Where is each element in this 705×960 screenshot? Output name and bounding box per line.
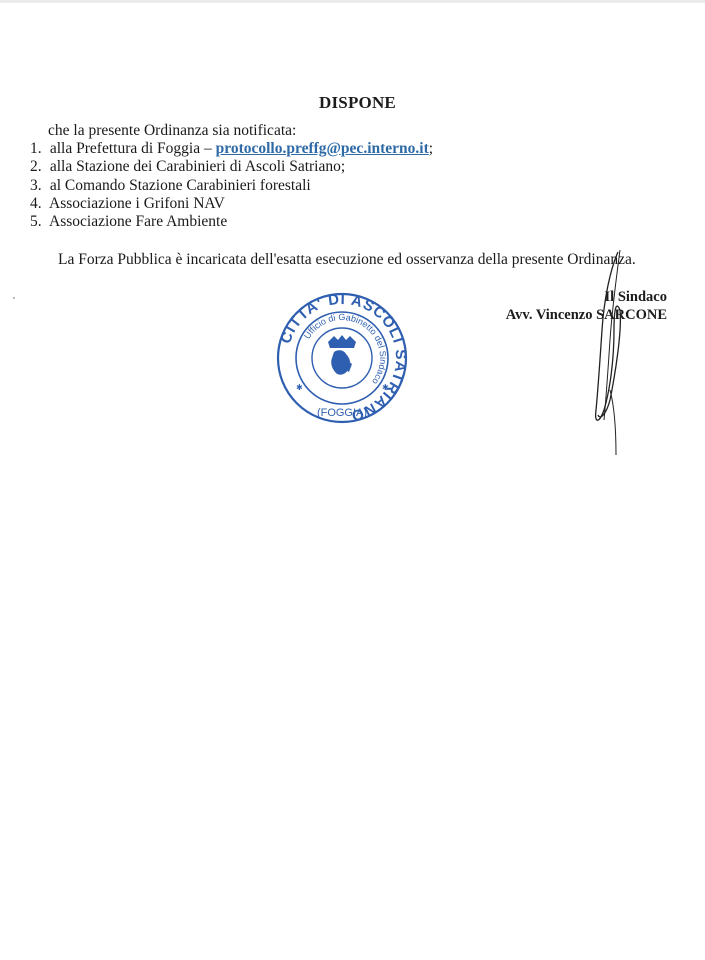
recipient-number: 3.	[30, 177, 46, 195]
svg-text:Ufficio di Gabinetto del Sinda: Ufficio di Gabinetto del Sindaco	[302, 312, 388, 386]
recipient-number: 2.	[30, 158, 46, 176]
recipient-item: 1. alla Prefettura di Foggia – protocoll…	[30, 140, 433, 158]
recipient-number: 1.	[30, 140, 46, 158]
recipient-list: 1. alla Prefettura di Foggia – protocoll…	[30, 140, 433, 231]
recipient-item: 2. alla Stazione dei Carabinieri di Asco…	[30, 158, 433, 176]
recipient-text: al Comando Stazione Carabinieri forestal…	[50, 177, 311, 194]
recipient-text: alla Stazione dei Carabinieri di Ascoli …	[50, 158, 345, 175]
recipient-number: 4.	[30, 195, 46, 213]
svg-text:✱: ✱	[382, 383, 389, 392]
recipient-number: 5.	[30, 213, 46, 231]
handwritten-signature	[570, 250, 650, 460]
closing-statement: La Forza Pubblica è incaricata dell'esat…	[58, 251, 636, 269]
recipient-text: Associazione i Grifoni NAV	[49, 195, 225, 212]
scan-speck	[13, 297, 15, 299]
coat-of-arms-icon	[328, 335, 356, 375]
stamp-inner-text: Ufficio di Gabinetto del Sindaco	[302, 312, 388, 386]
recipient-text: alla Prefettura di Foggia –	[50, 140, 216, 157]
notification-intro: che la presente Ordinanza sia notificata…	[48, 122, 296, 140]
pec-email-link[interactable]: protocollo.preffg@pec.interno.it	[216, 140, 429, 157]
recipient-item: 3. al Comando Stazione Carabinieri fores…	[30, 177, 433, 195]
page-top-edge	[0, 0, 705, 3]
recipient-suffix: ;	[429, 140, 433, 157]
municipal-stamp: CITTA' DI ASCOLI SATRIANO Ufficio di Gab…	[276, 292, 408, 424]
document-heading: DISPONE	[0, 93, 705, 113]
recipient-text: Associazione Fare Ambiente	[49, 213, 227, 230]
recipient-item: 4. Associazione i Grifoni NAV	[30, 195, 433, 213]
stamp-bottom-text: (FOGGIA)	[317, 407, 367, 419]
recipient-item: 5. Associazione Fare Ambiente	[30, 213, 433, 231]
svg-text:✱: ✱	[296, 383, 303, 392]
